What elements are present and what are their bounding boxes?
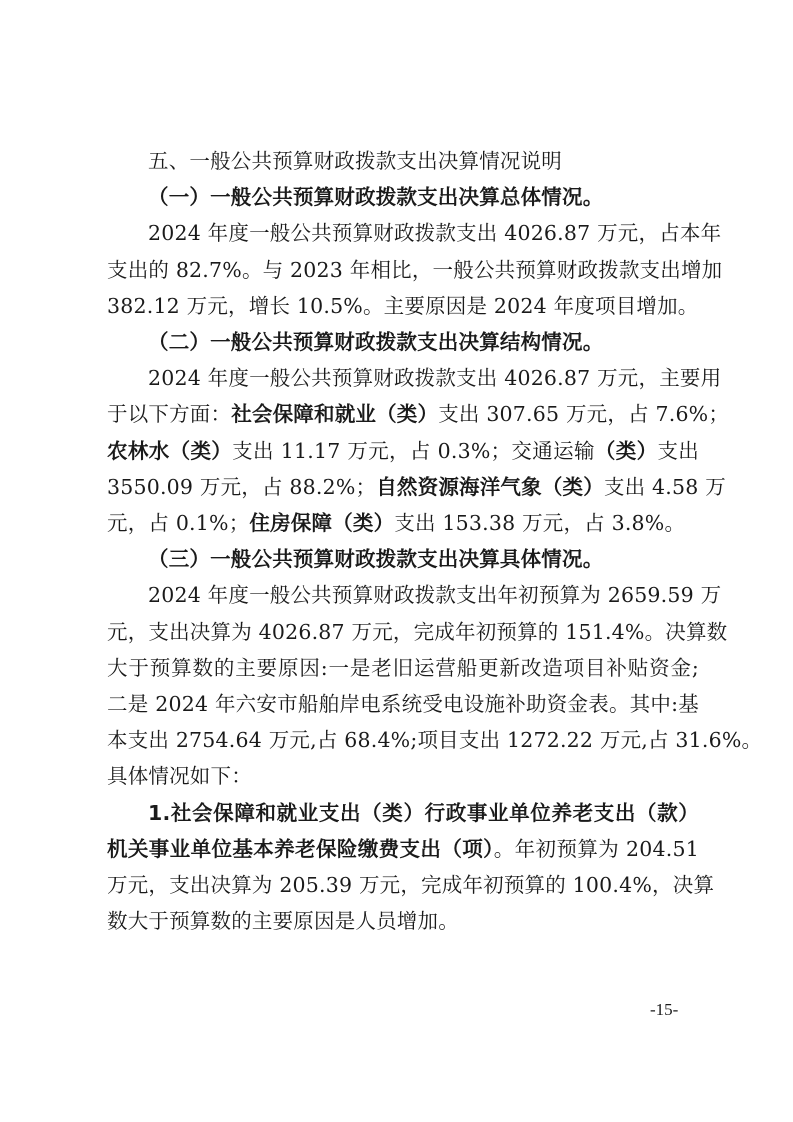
paragraph-line: 3550.09 万元，占 88.2%；自然资源海洋气象（类）支出 4.58 万	[107, 469, 699, 505]
paragraph-line: 元，占 0.1%；住房保障（类）支出 153.38 万元，占 3.8%。	[107, 505, 699, 541]
category-housing: 住房保障（类）	[249, 511, 394, 535]
item-1-heading: 1.社会保障和就业支出（类）行政事业单位养老支出（款）	[107, 795, 699, 831]
paragraph-line: 于以下方面：社会保障和就业（类）支出 307.65 万元，占 7.6%；	[107, 396, 699, 432]
text: 支出 153.38 万元，占 3.8%。	[394, 511, 685, 535]
category-natural-resources: 自然资源海洋气象（类）	[376, 475, 604, 499]
paragraph-line: 2024 年度一般公共预算财政拨款支出年初预算为 2659.59 万	[107, 577, 699, 613]
paragraph-line: 数大于预算数的主要原因是人员增加。	[107, 903, 699, 939]
paragraph-line: 支出的 82.7%。与 2023 年相比，一般公共预算财政拨款支出增加	[107, 252, 699, 288]
category-transport-suffix: （类）	[595, 439, 658, 463]
subsection-heading-3: （三）一般公共预算财政拨款支出决算具体情况。	[107, 541, 699, 577]
section-title: 五、一般公共预算财政拨款支出决算情况说明	[107, 143, 699, 179]
paragraph-line: 382.12 万元，增长 10.5%。主要原因是 2024 年度项目增加。	[107, 288, 699, 324]
subsection-heading-1: （一）一般公共预算财政拨款支出决算总体情况。	[107, 179, 699, 215]
category-agriculture: 农林水（类）	[107, 439, 232, 463]
paragraph-line: 机关事业单位基本养老保险缴费支出（项）。年初预算为 204.51	[107, 831, 699, 867]
document-page: 五、一般公共预算财政拨款支出决算情况说明 （一）一般公共预算财政拨款支出决算总体…	[107, 143, 699, 939]
paragraph-line: 2024 年度一般公共预算财政拨款支出 4026.87 万元，主要用	[107, 360, 699, 396]
paragraph-line: 农林水（类）支出 11.17 万元，占 0.3%；交通运输（类）支出	[107, 433, 699, 469]
subsection-heading-2: （二）一般公共预算财政拨款支出决算结构情况。	[107, 324, 699, 360]
paragraph-line: 本支出 2754.64 万元,占 68.4%;项目支出 1272.22 万元,占…	[107, 722, 699, 758]
page-number: -15-	[650, 1000, 678, 1020]
text: 支出 11.17 万元，占 0.3%；交通运输	[232, 439, 595, 463]
paragraph-line: 元，支出决算为 4026.87 万元，完成年初预算的 151.4%。决算数	[107, 614, 699, 650]
paragraph-line: 大于预算数的主要原因:一是老旧运营船更新改造项目补贴资金;	[107, 650, 699, 686]
text: 。年初预算为 204.51	[494, 837, 699, 861]
paragraph-line: 2024 年度一般公共预算财政拨款支出 4026.87 万元，占本年	[107, 215, 699, 251]
item-1-title: 1.社会保障和就业支出（类）行政事业单位养老支出（款）	[148, 801, 699, 825]
paragraph-line: 具体情况如下：	[107, 758, 699, 794]
category-social-security: 社会保障和就业（类）	[231, 402, 438, 426]
paragraph-line: 二是 2024 年六安市船舶岸电系统受电设施补助资金表。其中:基	[107, 686, 699, 722]
text: 于以下方面：	[107, 402, 231, 426]
paragraph-line: 万元，支出决算为 205.39 万元，完成年初预算的 100.4%，决算	[107, 867, 699, 903]
text: 3550.09 万元，占 88.2%；	[107, 475, 376, 499]
text: 支出 4.58 万	[604, 475, 726, 499]
text: 元，占 0.1%；	[107, 511, 249, 535]
item-1-subtitle: 机关事业单位基本养老保险缴费支出（项）	[107, 837, 494, 861]
text: 支出 307.65 万元，占 7.6%；	[438, 402, 729, 426]
text: 支出	[657, 439, 699, 463]
